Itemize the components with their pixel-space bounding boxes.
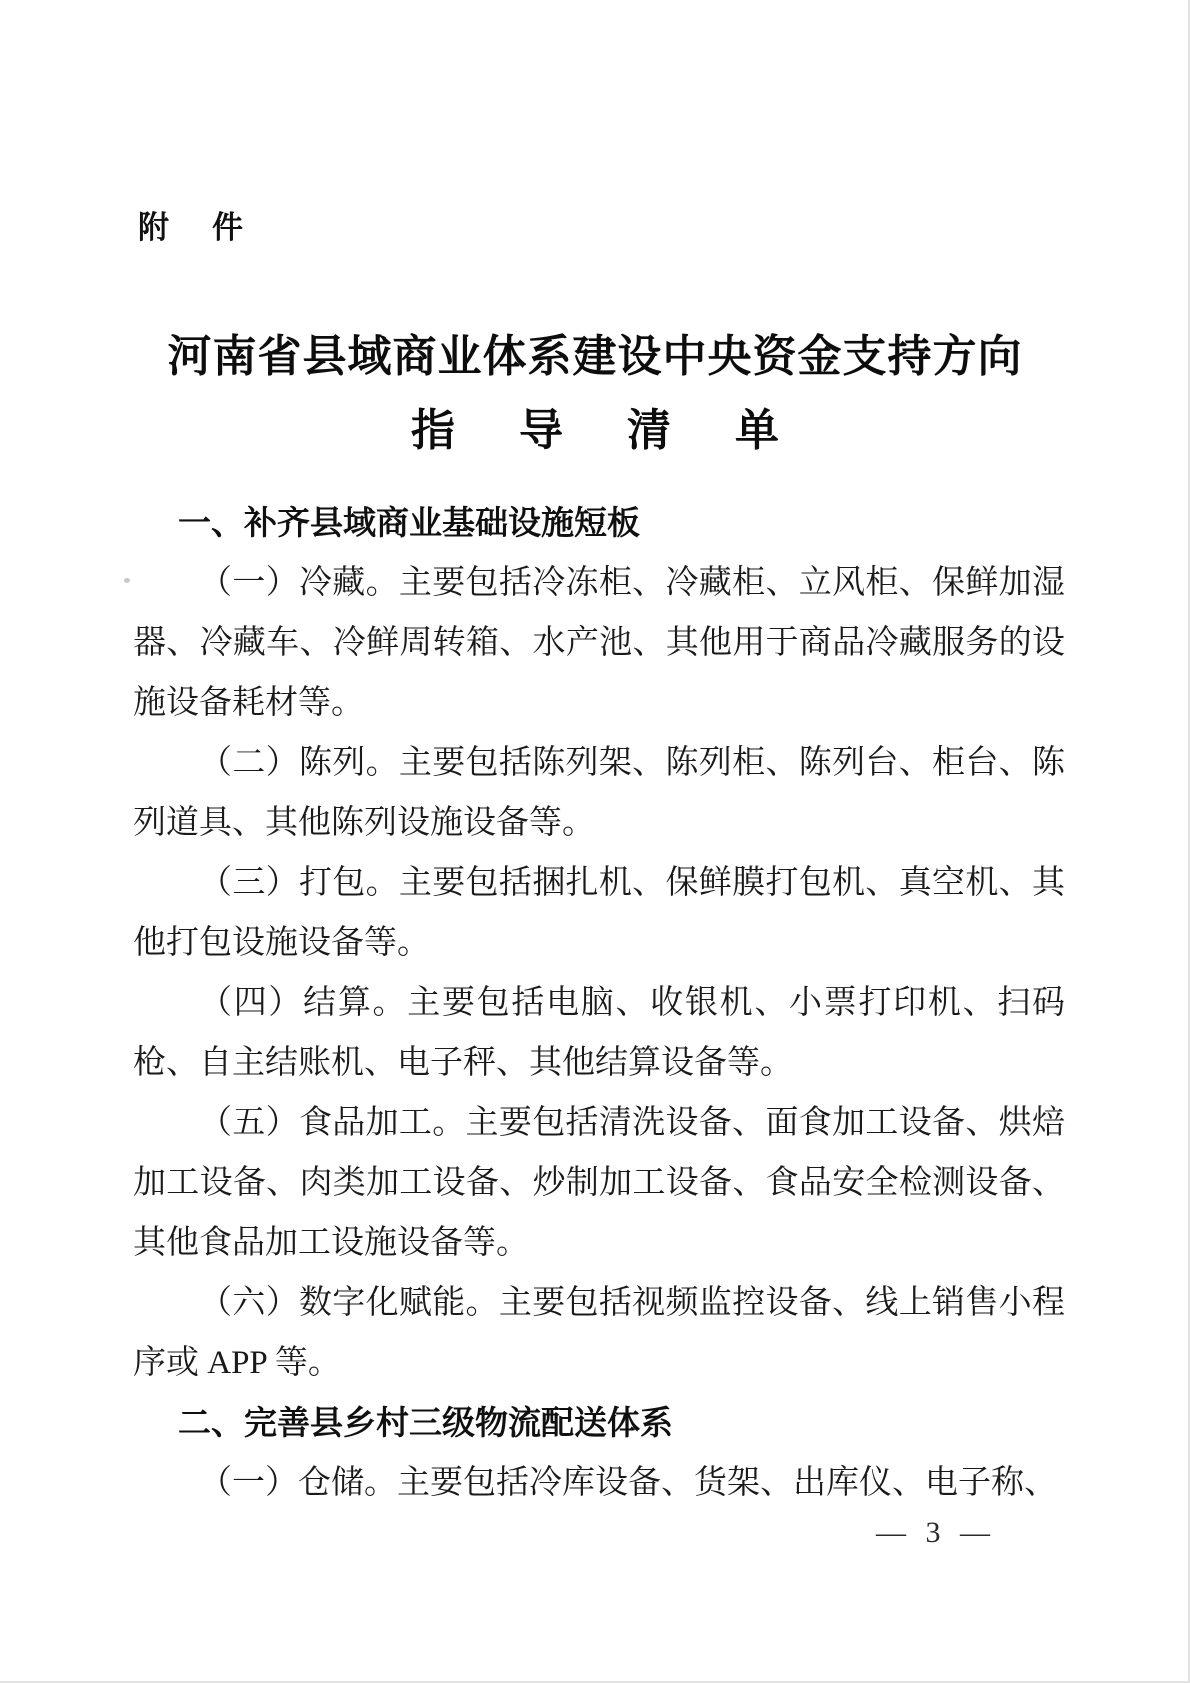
section-1-paragraph-3: （三）打包。主要包括捆扎机、保鲜膜打包机、真空机、其他打包设施设备等。 — [133, 853, 1065, 973]
section-1-heading: 一、补齐县域商业基础设施短板 — [133, 493, 1065, 553]
page-number: — 3 — — [876, 1516, 990, 1550]
scan-artifact-dot — [124, 578, 130, 583]
section-1-paragraph-4: （四）结算。主要包括电脑、收银机、小票打印机、扫码枪、自主结账机、电子秤、其他结… — [133, 973, 1065, 1093]
section-2-heading: 二、完善县乡村三级物流配送体系 — [133, 1393, 1065, 1453]
document-page: 附 件 河南省县域商业体系建设中央资金支持方向 指 导 清 单 一、补齐县域商业… — [0, 0, 1190, 1683]
section-1-paragraph-1: （一）冷藏。主要包括冷冻柜、冷藏柜、立风柜、保鲜加湿器、冷藏车、冷鲜周转箱、水产… — [133, 553, 1065, 733]
section-2-paragraph-1: （一）仓储。主要包括冷库设备、货架、出库仪、电子称、 — [133, 1453, 1065, 1513]
section-1-paragraph-5: （五）食品加工。主要包括清洗设备、面食加工设备、烘焙加工设备、肉类加工设备、炒制… — [133, 1093, 1065, 1273]
document-title-line2: 指 导 清 单 — [0, 406, 1190, 456]
document-body: 一、补齐县域商业基础设施短板 （一）冷藏。主要包括冷冻柜、冷藏柜、立风柜、保鲜加… — [133, 493, 1065, 1513]
attachment-label: 附 件 — [138, 210, 249, 246]
document-title-line1: 河南省县域商业体系建设中央资金支持方向 — [0, 332, 1190, 382]
section-1-paragraph-2: （二）陈列。主要包括陈列架、陈列柜、陈列台、柜台、陈列道具、其他陈列设施设备等。 — [133, 733, 1065, 853]
section-1-paragraph-6: （六）数字化赋能。主要包括视频监控设备、线上销售小程序或 APP 等。 — [133, 1273, 1065, 1393]
